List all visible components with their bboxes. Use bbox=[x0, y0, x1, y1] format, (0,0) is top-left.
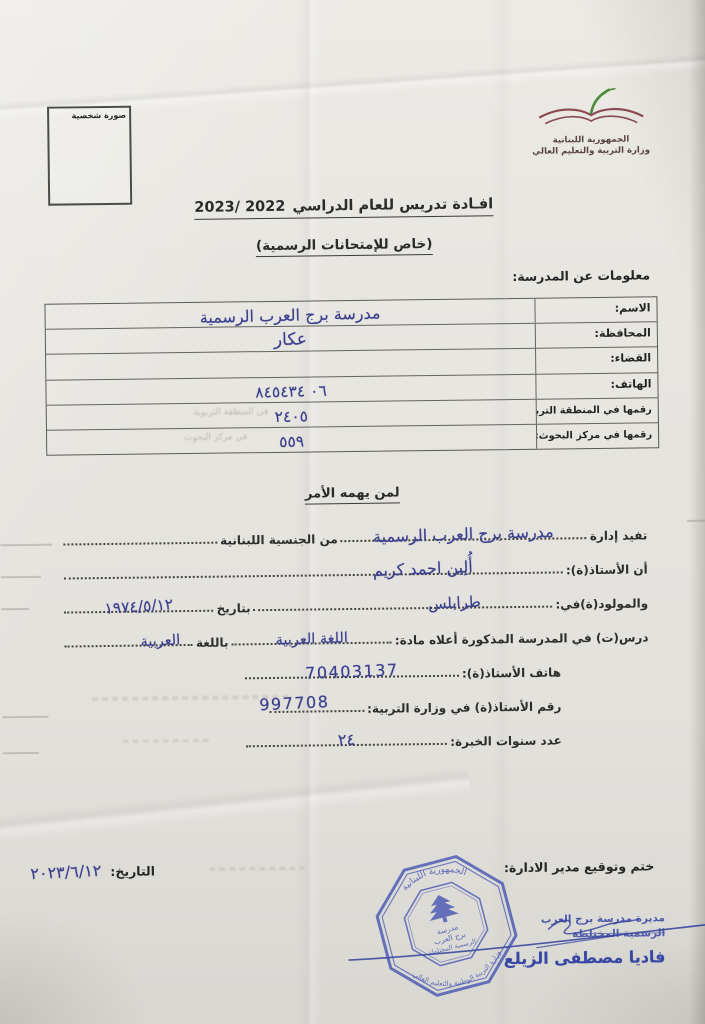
bleed-through-line bbox=[1, 608, 29, 610]
director-title-line2: الرسمية المختلطة bbox=[480, 927, 665, 941]
school-info-table: الاسم: مدرسة برج العرب الرسمية المحافظة:… bbox=[44, 296, 659, 456]
open-book-cedar-icon bbox=[530, 86, 651, 131]
table-value: في مركز البحوث ٥٥٩ bbox=[47, 425, 536, 455]
ministry-logo-line2: وزارة التربية والتعليم العالي bbox=[494, 145, 689, 157]
dotted-fill: ١٩٧٤/٥/١٢ bbox=[64, 610, 213, 614]
handwritten-issue-date: ٢٠٢٣/٦/١٢ bbox=[30, 861, 102, 883]
svg-text:الجمهورية اللبنانية: الجمهورية اللبنانية bbox=[397, 858, 470, 894]
bleed-through-line bbox=[1, 576, 41, 578]
line-label: بتاريخ bbox=[217, 601, 251, 615]
document-content: صورة شخصية الجمهورية اللبنانية وزارة الت… bbox=[0, 0, 705, 1024]
dotted-fill: مدرسة برج العرب الرسمية bbox=[341, 537, 587, 542]
dotted-fill: العربية bbox=[65, 644, 193, 648]
bleed-through-line bbox=[687, 520, 705, 522]
document-title: افـادة تدريس للعام الدراسي 2023/ 2022 bbox=[194, 196, 493, 220]
dotted-fill: 70403137 bbox=[245, 675, 459, 680]
stamp-center-line2: برج العرب bbox=[433, 930, 467, 947]
letter-heading: لمن يهمه الأمر bbox=[305, 485, 400, 504]
cedar-tree-icon bbox=[424, 891, 460, 926]
handwritten-experience-years: ٢٤ bbox=[245, 725, 447, 753]
handwritten-birth-place: طرابلس bbox=[428, 593, 481, 613]
table-label: رقمها في المنطقة التربوية: bbox=[536, 398, 658, 424]
stamp-center-line3: الرسمية المختلطة bbox=[428, 937, 477, 957]
director-title-line1: مديرة مدرسة برج العرب bbox=[480, 912, 665, 926]
line-label: باللغة bbox=[196, 636, 229, 650]
table-label: الهاتف: bbox=[535, 373, 657, 399]
line-label: هاتف الأستاذ(ة): bbox=[462, 665, 561, 680]
table-label: القضاء: bbox=[535, 348, 657, 374]
handwritten-research-number: ٥٥٩ bbox=[47, 426, 536, 457]
personal-photo-box: صورة شخصية bbox=[47, 106, 132, 206]
bleed-through-line bbox=[0, 544, 52, 546]
handwritten-language: العربية bbox=[140, 632, 180, 650]
dotted-fill: 997708 bbox=[269, 710, 364, 713]
date-label: التاريخ: bbox=[110, 863, 155, 879]
document-title-year: 2023/ 2022 bbox=[194, 199, 285, 216]
date-row: التاريخ: ٢٠٢٣/٦/١٢ bbox=[30, 861, 155, 882]
table-label: رقمها في مركز البحوث: bbox=[536, 423, 658, 449]
bleed-through-line bbox=[3, 752, 39, 754]
dotted-fill: ٢٤ bbox=[246, 743, 447, 747]
dotted-fill bbox=[63, 542, 217, 546]
letter-line-subject: درس(ت) في المدرسة المذكورة أعلاه مادة: ا… bbox=[61, 610, 648, 651]
director-signature-block: مديرة مدرسة برج العرب الرسمية المختلطة ف… bbox=[480, 912, 666, 968]
line-label: درس(ت) في المدرسة المذكورة أعلاه مادة: bbox=[395, 630, 649, 647]
table-label: المحافظة: bbox=[535, 322, 657, 348]
personal-photo-label: صورة شخصية bbox=[49, 108, 129, 121]
director-name: فاديا مصطفى الزيلع bbox=[480, 947, 665, 968]
line-label: والمولود(ة)في: bbox=[555, 596, 648, 611]
ministry-logo: الجمهورية اللبنانية وزارة التربية والتعل… bbox=[493, 86, 689, 157]
dotted-fill: طرابلس bbox=[254, 606, 553, 612]
table-label: الاسم: bbox=[534, 297, 656, 323]
bleed-through-line bbox=[2, 716, 48, 718]
line-label: من الجنسية اللبنانية bbox=[220, 532, 338, 547]
line-label: رقم الأستاذ(ة) في وزارة التربية: bbox=[367, 699, 561, 715]
bleed-through-mark bbox=[209, 867, 304, 871]
handwritten-teacher-name: أُلِين احمد كريم bbox=[373, 557, 474, 580]
letter-line-birth: والمولود(ة)في: طرابلس بتاريخ ١٩٧٤/٥/١٢ bbox=[61, 576, 648, 617]
stamp-ring-top-text: الجمهورية اللبنانية bbox=[397, 858, 470, 894]
school-info-heading: معلومات عن المدرسة: bbox=[512, 267, 650, 284]
line-label: عدد سنوات الخبرة: bbox=[450, 733, 562, 748]
document-subtitle: (خاص للإمتحانات الرسمية) bbox=[256, 236, 433, 257]
stamp-signature-heading: ختم وتوقيع مدير الادارة: bbox=[504, 858, 655, 875]
dotted-fill: اللغة العربية bbox=[231, 642, 391, 646]
line-label: أن الأستاذ(ة): bbox=[566, 562, 648, 577]
document-title-text: افـادة تدريس للعام الدراسي bbox=[292, 196, 493, 214]
handwritten-subject: اللغة العربية bbox=[231, 629, 392, 650]
letter-line-teacher-phone: هاتف الأستاذ(ة): 70403137 bbox=[242, 645, 561, 683]
stamp-center-line1: مدرسة bbox=[436, 922, 459, 936]
letter-line-experience: عدد سنوات الخبرة: ٢٤ bbox=[243, 713, 562, 751]
line-label: تفيد إدارة bbox=[590, 528, 648, 543]
letter-body: تفيد إدارة مدرسة برج العرب الرسمية من ال… bbox=[60, 508, 650, 753]
